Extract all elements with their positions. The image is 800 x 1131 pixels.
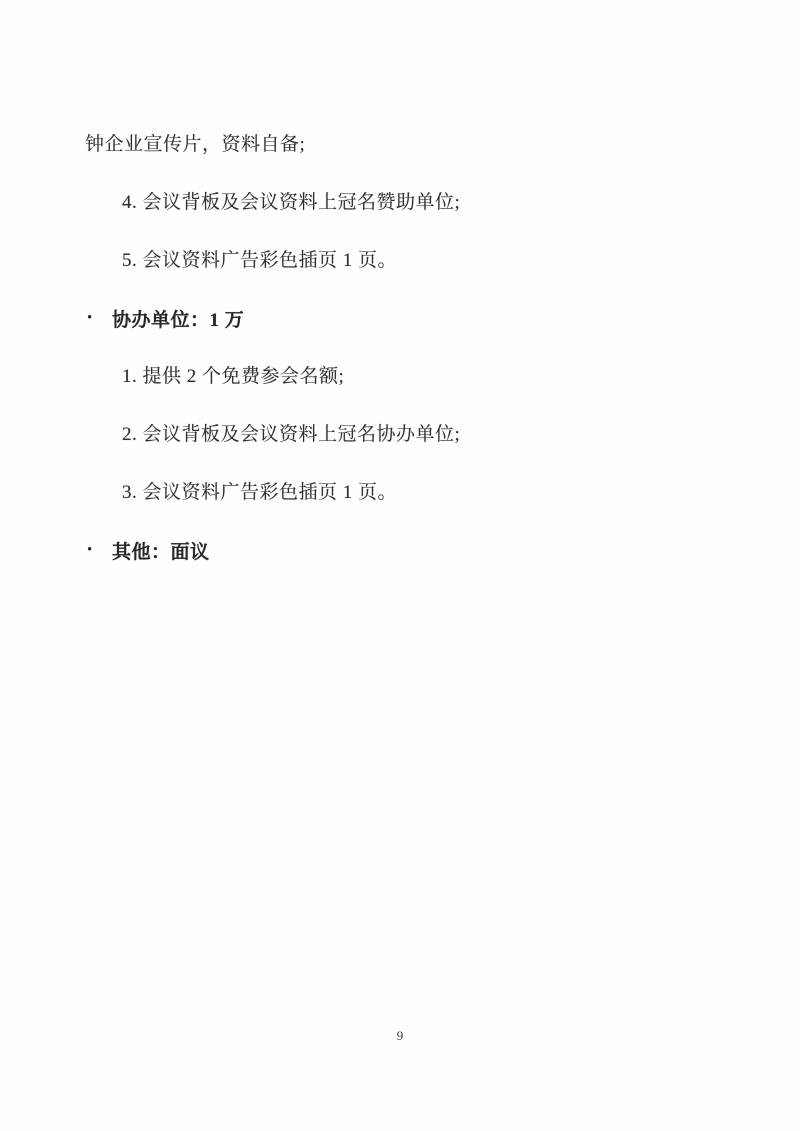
page-number: 9 (0, 1026, 800, 1046)
bullet-item-other: • 其他：面议 (85, 531, 740, 570)
bullet-item-label: 其他：面议 (112, 537, 210, 564)
numbered-item-2: 2. 会议背板及会议资料上冠名协办单位; (122, 415, 740, 454)
document-body: 钟企业宣传片，资料自备; 4. 会议背板及会议资料上冠名赞助单位; 5. 会议资… (85, 106, 740, 570)
bullet-item-label: 协办单位：1 万 (112, 305, 244, 332)
numbered-item-5: 5. 会议资料广告彩色插页 1 页。 (122, 241, 740, 280)
numbered-item-4: 4. 会议背板及会议资料上冠名赞助单位; (122, 183, 740, 222)
document-page: 钟企业宣传片，资料自备; 4. 会议背板及会议资料上冠名赞助单位; 5. 会议资… (0, 0, 800, 1131)
bullet-icon: • (87, 531, 112, 570)
numbered-item-1: 1. 提供 2 个免费参会名额; (122, 357, 740, 396)
numbered-item-3: 3. 会议资料广告彩色插页 1 页。 (122, 473, 740, 512)
bullet-icon: • (87, 299, 112, 338)
paragraph-continuation-line: 钟企业宣传片，资料自备; (85, 125, 740, 164)
bullet-item-co-organizer: • 协办单位：1 万 (85, 299, 740, 338)
